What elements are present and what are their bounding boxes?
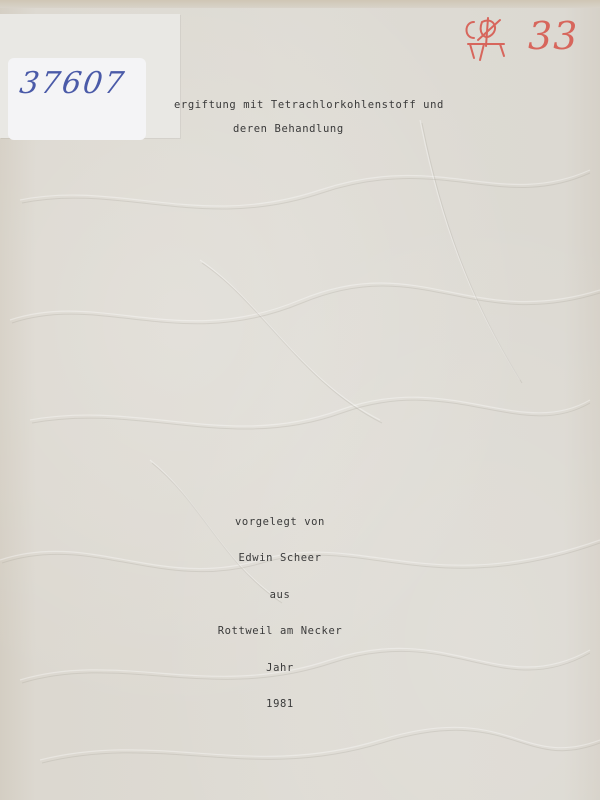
title-line-1: ergiftung mit Tetrachlorkohlenstoff und [174, 99, 444, 111]
year-label: Jahr [0, 662, 560, 674]
from-label: aus [0, 589, 560, 601]
shelf-number: 37607 [18, 66, 128, 101]
hometown: Rottweil am Necker [0, 625, 560, 637]
title-line-2: deren Behandlung [233, 123, 344, 135]
author-name: Edwin Scheer [0, 552, 560, 564]
year-value: 1981 [0, 698, 560, 710]
page-top-edge [0, 0, 600, 8]
crossed-initials-icon [460, 10, 520, 70]
red-annotation-number: 33 [528, 14, 578, 58]
document-page: 37607 33 ergiftung mit Tetrachlorkohlens… [0, 0, 600, 800]
presented-by-label: vorgelegt von [0, 516, 560, 528]
